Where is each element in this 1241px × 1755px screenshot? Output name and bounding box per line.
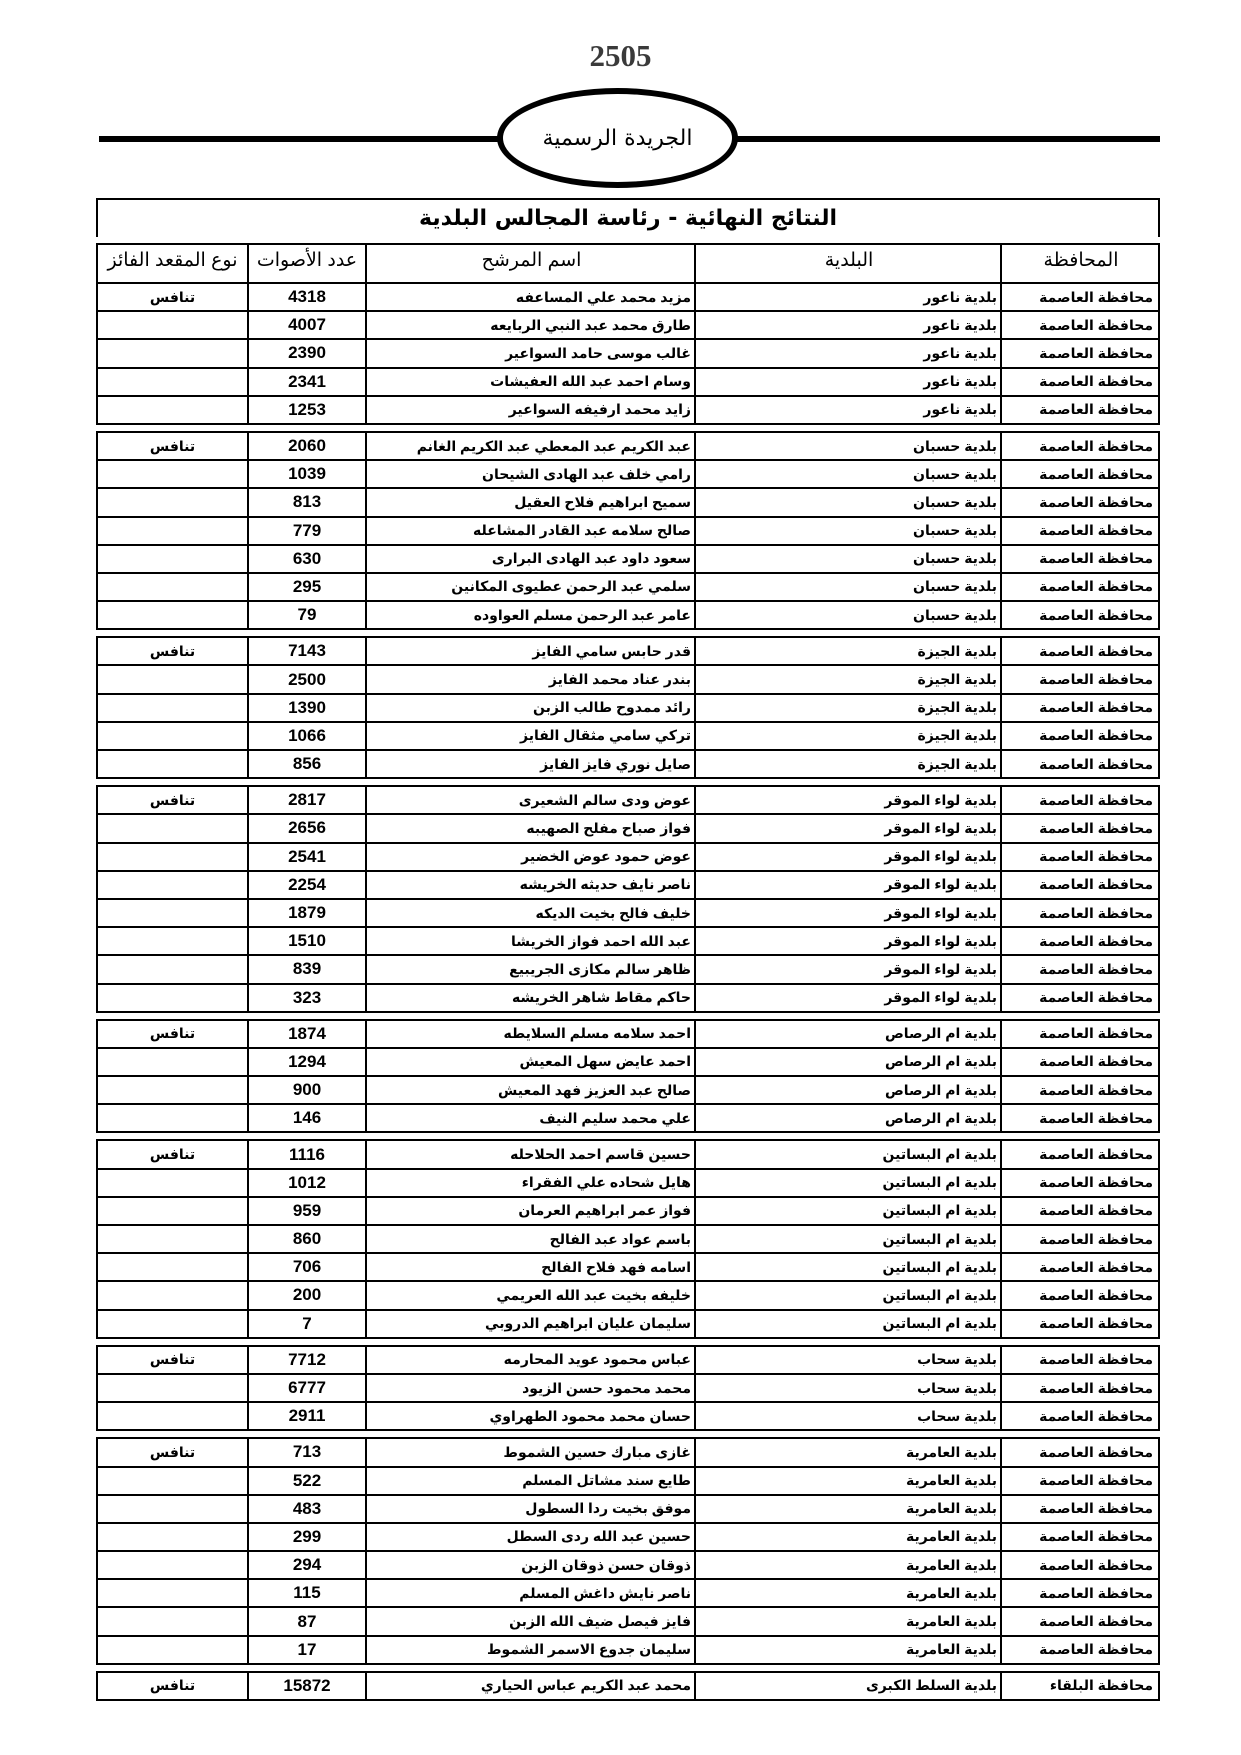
candidate-name-cell: غازى مبارك حسين الشموط xyxy=(365,1437,694,1465)
table-row: تنافس15872محمد عبد الكريم عباس الحياريبل… xyxy=(96,1671,1160,1699)
candidate-name-cell: وسام احمد عبد الله العفيشات xyxy=(365,367,694,395)
municipality-cell: بلدية ناعور xyxy=(694,338,1000,366)
votes-cell: 2656 xyxy=(247,813,365,841)
table-row: 295سلمي عبد الرحمن عطيوى المكانينبلدية ح… xyxy=(96,572,1160,600)
governorate-cell: محافظة العاصمة xyxy=(1000,1606,1160,1634)
seat-type-cell xyxy=(96,870,247,898)
seat-type-cell xyxy=(96,1522,247,1550)
municipality-cell: بلدية حسبان xyxy=(694,431,1000,459)
candidate-name-cell: خليفه بخيت عبد الله العريمي xyxy=(365,1280,694,1308)
header-governorate: المحافظة xyxy=(1000,243,1160,282)
candidate-name-cell: طايع سند مشاتل المسلم xyxy=(365,1466,694,1494)
table-row: تنافس1116حسين قاسم احمد الحلاحلهبلدية ام… xyxy=(96,1139,1160,1167)
table-row: 1879خليف فالح بخيت الديكهبلدية لواء المو… xyxy=(96,898,1160,926)
seat-type-cell: تنافس xyxy=(96,1437,247,1465)
municipality-cell: بلدية العامرية xyxy=(694,1606,1000,1634)
municipality-cell: بلدية ناعور xyxy=(694,310,1000,338)
seat-type-cell xyxy=(96,749,247,777)
votes-cell: 17 xyxy=(247,1635,365,1663)
candidate-name-cell: عوض ودى سالم الشعيرى xyxy=(365,785,694,813)
municipality-cell: بلدية العامرية xyxy=(694,1494,1000,1522)
seat-type-cell xyxy=(96,842,247,870)
candidate-name-cell: فايز فيصل ضيف الله الزبن xyxy=(365,1606,694,1634)
votes-cell: 79 xyxy=(247,600,365,628)
votes-cell: 630 xyxy=(247,544,365,572)
table-row: 4007طارق محمد عبد النبي الربايعهبلدية نا… xyxy=(96,310,1160,338)
table-row: 1510عبد الله احمد فواز الخريشابلدية لواء… xyxy=(96,926,1160,954)
governorate-cell: محافظة العاصمة xyxy=(1000,1373,1160,1401)
candidate-name-cell: مزيد محمد علي المساعفه xyxy=(365,282,694,310)
table-row: 323حاكم مقاط شاهر الخريشهبلدية لواء المو… xyxy=(96,983,1160,1011)
governorate-cell: محافظة العاصمة xyxy=(1000,1522,1160,1550)
votes-cell: 959 xyxy=(247,1196,365,1224)
seat-type-cell xyxy=(96,1196,247,1224)
municipality-cell: بلدية لواء الموقر xyxy=(694,870,1000,898)
governorate-cell: محافظة العاصمة xyxy=(1000,983,1160,1011)
candidate-name-cell: عباس محمود عويد المحارمه xyxy=(365,1345,694,1373)
votes-cell: 115 xyxy=(247,1578,365,1606)
governorate-cell: محافظة العاصمة xyxy=(1000,785,1160,813)
votes-cell: 839 xyxy=(247,954,365,982)
governorate-cell: محافظة العاصمة xyxy=(1000,572,1160,600)
municipality-cell: بلدية ام البساتين xyxy=(694,1252,1000,1280)
governorate-cell: محافظة العاصمة xyxy=(1000,310,1160,338)
table-row: 2500بندر عناد محمد الفايزبلدية الجيزةمحا… xyxy=(96,664,1160,692)
seat-type-cell xyxy=(96,487,247,515)
votes-cell: 7143 xyxy=(247,636,365,664)
votes-cell: 323 xyxy=(247,983,365,1011)
table-row: 856صايل نوري فايز الفايزبلدية الجيزةمحاف… xyxy=(96,749,1160,777)
candidate-name-cell: سميح ابراهيم فلاح العقيل xyxy=(365,487,694,515)
municipality-group: تنافس2817عوض ودى سالم الشعيرىبلدية لواء … xyxy=(96,785,1160,1013)
table-header: نوع المقعد الفائز عدد الأصوات اسم المرشح… xyxy=(96,243,1160,282)
table-row: 2656فواز صباح مفلح الصهيبهبلدية لواء الم… xyxy=(96,813,1160,841)
candidate-name-cell: قدر حابس سامي الفايز xyxy=(365,636,694,664)
municipality-cell: بلدية العامرية xyxy=(694,1522,1000,1550)
municipality-cell: بلدية لواء الموقر xyxy=(694,842,1000,870)
votes-cell: 2060 xyxy=(247,431,365,459)
seat-type-cell xyxy=(96,1252,247,1280)
seat-type-cell: تنافس xyxy=(96,431,247,459)
governorate-cell: محافظة العاصمة xyxy=(1000,600,1160,628)
candidate-name-cell: صالح عبد العزيز فهد المعيش xyxy=(365,1075,694,1103)
votes-cell: 1066 xyxy=(247,721,365,749)
candidate-name-cell: ظاهر سالم مكازى الجريبيع xyxy=(365,954,694,982)
table-row: 7سليمان عليان ابراهيم الدروبيبلدية ام ال… xyxy=(96,1309,1160,1337)
candidate-name-cell: محمد محمود حسن الزيود xyxy=(365,1373,694,1401)
votes-cell: 779 xyxy=(247,516,365,544)
table-row: 17سليمان جدوع الاسمر الشموطبلدية العامري… xyxy=(96,1635,1160,1663)
municipality-cell: بلدية السلط الكبرى xyxy=(694,1671,1000,1699)
candidate-name-cell: عبد الكريم عبد المعطي عبد الكريم الغانم xyxy=(365,431,694,459)
votes-cell: 146 xyxy=(247,1103,365,1131)
votes-cell: 522 xyxy=(247,1466,365,1494)
votes-cell: 2254 xyxy=(247,870,365,898)
candidate-name-cell: علي محمد سليم النيف xyxy=(365,1103,694,1131)
candidate-name-cell: سعود داود عبد الهادى البرارى xyxy=(365,544,694,572)
table-row: 2541عوض حمود عوض الخضيربلدية لواء الموقر… xyxy=(96,842,1160,870)
masthead-title: الجريدة الرسمية xyxy=(543,126,693,151)
municipality-group: تنافس2060عبد الكريم عبد المعطي عبد الكري… xyxy=(96,431,1160,630)
candidate-name-cell: سليمان عليان ابراهيم الدروبي xyxy=(365,1309,694,1337)
seat-type-cell xyxy=(96,1606,247,1634)
municipality-cell: بلدية حسبان xyxy=(694,600,1000,628)
table-row: 1039رامي خلف عبد الهادى الشيحانبلدية حسب… xyxy=(96,459,1160,487)
municipality-cell: بلدية حسبان xyxy=(694,544,1000,572)
candidate-name-cell: حسان محمد محمود الطهراوي xyxy=(365,1401,694,1429)
governorate-cell: محافظة العاصمة xyxy=(1000,1635,1160,1663)
governorate-cell: محافظة العاصمة xyxy=(1000,516,1160,544)
governorate-cell: محافظة العاصمة xyxy=(1000,1224,1160,1252)
governorate-cell: محافظة العاصمة xyxy=(1000,282,1160,310)
votes-cell: 2817 xyxy=(247,785,365,813)
table-row: 6777محمد محمود حسن الزيودبلدية سحابمحافظ… xyxy=(96,1373,1160,1401)
municipality-cell: بلدية ام الرصاص xyxy=(694,1075,1000,1103)
governorate-cell: محافظة العاصمة xyxy=(1000,926,1160,954)
table-row: 630سعود داود عبد الهادى البرارىبلدية حسب… xyxy=(96,544,1160,572)
seat-type-cell xyxy=(96,813,247,841)
table-row: 87فايز فيصل ضيف الله الزبنبلدية العامرية… xyxy=(96,1606,1160,1634)
votes-cell: 1253 xyxy=(247,395,365,423)
municipality-cell: بلدية ام البساتين xyxy=(694,1168,1000,1196)
governorate-cell: محافظة العاصمة xyxy=(1000,1494,1160,1522)
municipality-group: تنافس7712عباس محمود عويد المحارمهبلدية س… xyxy=(96,1345,1160,1432)
governorate-cell: محافظة العاصمة xyxy=(1000,842,1160,870)
municipality-cell: بلدية لواء الموقر xyxy=(694,926,1000,954)
candidate-name-cell: حاكم مقاط شاهر الخريشه xyxy=(365,983,694,1011)
votes-cell: 200 xyxy=(247,1280,365,1308)
municipality-cell: بلدية ام الرصاص xyxy=(694,1019,1000,1047)
municipality-cell: بلدية العامرية xyxy=(694,1578,1000,1606)
table-row: 959فواز عمر ابراهيم العرمانبلدية ام البس… xyxy=(96,1196,1160,1224)
results-groups: تنافس4318مزيد محمد علي المساعفهبلدية ناع… xyxy=(96,282,1160,1701)
table-row: 2254ناصر نايف حديثه الخريشهبلدية لواء ال… xyxy=(96,870,1160,898)
header-votes: عدد الأصوات xyxy=(247,243,365,282)
governorate-cell: محافظة العاصمة xyxy=(1000,1550,1160,1578)
table-row: 522طايع سند مشاتل المسلمبلدية العامريةمح… xyxy=(96,1466,1160,1494)
governorate-cell: محافظة العاصمة xyxy=(1000,954,1160,982)
table-row: 900صالح عبد العزيز فهد المعيشبلدية ام ال… xyxy=(96,1075,1160,1103)
governorate-cell: محافظة العاصمة xyxy=(1000,1139,1160,1167)
table-row: 483موفق بخيت ردا السطولبلدية العامريةمحا… xyxy=(96,1494,1160,1522)
table-row: 115ناصر نايش داغش المسلمبلدية العامريةمح… xyxy=(96,1578,1160,1606)
governorate-cell: محافظة العاصمة xyxy=(1000,487,1160,515)
candidate-name-cell: رامي خلف عبد الهادى الشيحان xyxy=(365,459,694,487)
governorate-cell: محافظة العاصمة xyxy=(1000,431,1160,459)
municipality-cell: بلدية ام الرصاص xyxy=(694,1103,1000,1131)
municipality-cell: بلدية الجيزة xyxy=(694,636,1000,664)
seat-type-cell xyxy=(96,693,247,721)
candidate-name-cell: اسامه فهد فلاح الفالح xyxy=(365,1252,694,1280)
candidate-name-cell: فواز صباح مفلح الصهيبه xyxy=(365,813,694,841)
candidate-name-cell: سلمي عبد الرحمن عطيوى المكانين xyxy=(365,572,694,600)
candidate-name-cell: ذوقان حسن ذوقان الزبن xyxy=(365,1550,694,1578)
governorate-cell: محافظة العاصمة xyxy=(1000,898,1160,926)
seat-type-cell xyxy=(96,310,247,338)
seat-type-cell xyxy=(96,926,247,954)
votes-cell: 2911 xyxy=(247,1401,365,1429)
candidate-name-cell: زايد محمد ارفيفه السواعير xyxy=(365,395,694,423)
governorate-cell: محافظة العاصمة xyxy=(1000,544,1160,572)
candidate-name-cell: فواز عمر ابراهيم العرمان xyxy=(365,1196,694,1224)
governorate-cell: محافظة العاصمة xyxy=(1000,870,1160,898)
masthead-rule-left xyxy=(99,136,501,142)
municipality-group: تنافس713غازى مبارك حسين الشموطبلدية العا… xyxy=(96,1437,1160,1665)
governorate-cell: محافظة العاصمة xyxy=(1000,1401,1160,1429)
table-row: 1294احمد عايض سهل المعيشبلدية ام الرصاصم… xyxy=(96,1047,1160,1075)
table-row: 779صالح سلامه عبد القادر المشاعلهبلدية ح… xyxy=(96,516,1160,544)
municipality-cell: بلدية الجيزة xyxy=(694,693,1000,721)
governorate-cell: محافظة العاصمة xyxy=(1000,338,1160,366)
candidate-name-cell: صالح سلامه عبد القادر المشاعله xyxy=(365,516,694,544)
votes-cell: 483 xyxy=(247,1494,365,1522)
governorate-cell: محافظة العاصمة xyxy=(1000,749,1160,777)
votes-cell: 295 xyxy=(247,572,365,600)
votes-cell: 1510 xyxy=(247,926,365,954)
candidate-name-cell: رائد ممدوح طالب الزبن xyxy=(365,693,694,721)
municipality-cell: بلدية ام البساتين xyxy=(694,1309,1000,1337)
governorate-cell: محافظة البلقاء xyxy=(1000,1671,1160,1699)
table-row: تنافس4318مزيد محمد علي المساعفهبلدية ناع… xyxy=(96,282,1160,310)
seat-type-cell: تنافس xyxy=(96,785,247,813)
seat-type-cell xyxy=(96,1280,247,1308)
table-row: 1253زايد محمد ارفيفه السواعيربلدية ناعور… xyxy=(96,395,1160,423)
governorate-cell: محافظة العاصمة xyxy=(1000,1345,1160,1373)
governorate-cell: محافظة العاصمة xyxy=(1000,1280,1160,1308)
votes-cell: 1116 xyxy=(247,1139,365,1167)
votes-cell: 706 xyxy=(247,1252,365,1280)
seat-type-cell xyxy=(96,954,247,982)
votes-cell: 7 xyxy=(247,1309,365,1337)
seat-type-cell: تنافس xyxy=(96,636,247,664)
votes-cell: 1879 xyxy=(247,898,365,926)
table-row: 839ظاهر سالم مكازى الجريبيعبلدية لواء ال… xyxy=(96,954,1160,982)
table-row: 860باسم عواد عبد الفالحبلدية ام البساتين… xyxy=(96,1224,1160,1252)
votes-cell: 4318 xyxy=(247,282,365,310)
votes-cell: 4007 xyxy=(247,310,365,338)
table-row: 200خليفه بخيت عبد الله العريميبلدية ام ا… xyxy=(96,1280,1160,1308)
seat-type-cell xyxy=(96,1075,247,1103)
table-row: تنافس7712عباس محمود عويد المحارمهبلدية س… xyxy=(96,1345,1160,1373)
seat-type-cell xyxy=(96,721,247,749)
seat-type-cell xyxy=(96,1047,247,1075)
candidate-name-cell: حسين عبد الله ردى السطل xyxy=(365,1522,694,1550)
governorate-cell: محافظة العاصمة xyxy=(1000,813,1160,841)
governorate-cell: محافظة العاصمة xyxy=(1000,395,1160,423)
candidate-name-cell: ناصر نايش داغش المسلم xyxy=(365,1578,694,1606)
governorate-cell: محافظة العاصمة xyxy=(1000,1168,1160,1196)
header-row: نوع المقعد الفائز عدد الأصوات اسم المرشح… xyxy=(96,243,1160,282)
votes-cell: 813 xyxy=(247,487,365,515)
governorate-cell: محافظة العاصمة xyxy=(1000,1103,1160,1131)
page-number: 2505 xyxy=(0,38,1241,74)
seat-type-cell xyxy=(96,1550,247,1578)
table-row: 813سميح ابراهيم فلاح العقيلبلدية حسبانمح… xyxy=(96,487,1160,515)
governorate-cell: محافظة العاصمة xyxy=(1000,1578,1160,1606)
municipality-cell: بلدية حسبان xyxy=(694,516,1000,544)
seat-type-cell xyxy=(96,544,247,572)
votes-cell: 1039 xyxy=(247,459,365,487)
table-row: تنافس7143قدر حابس سامي الفايزبلدية الجيز… xyxy=(96,636,1160,664)
seat-type-cell xyxy=(96,1578,247,1606)
table-row: تنافس2817عوض ودى سالم الشعيرىبلدية لواء … xyxy=(96,785,1160,813)
table-row: 1012هايل شحاده علي الفقراءبلدية ام البسا… xyxy=(96,1168,1160,1196)
table-title: النتائج النهائية - رئاسة المجالس البلدية xyxy=(96,198,1160,237)
seat-type-cell xyxy=(96,1401,247,1429)
table-row: 79عامر عبد الرحمن مسلم العواودهبلدية حسب… xyxy=(96,600,1160,628)
candidate-name-cell: صايل نوري فايز الفايز xyxy=(365,749,694,777)
governorate-cell: محافظة العاصمة xyxy=(1000,459,1160,487)
candidate-name-cell: طارق محمد عبد النبي الربايعه xyxy=(365,310,694,338)
municipality-cell: بلدية ناعور xyxy=(694,367,1000,395)
votes-cell: 1390 xyxy=(247,693,365,721)
governorate-cell: محافظة العاصمة xyxy=(1000,1309,1160,1337)
votes-cell: 294 xyxy=(247,1550,365,1578)
seat-type-cell xyxy=(96,1466,247,1494)
municipality-cell: بلدية الجيزة xyxy=(694,749,1000,777)
candidate-name-cell: خليف فالح بخيت الديكه xyxy=(365,898,694,926)
table-row: 2341وسام احمد عبد الله العفيشاتبلدية ناع… xyxy=(96,367,1160,395)
seat-type-cell xyxy=(96,1224,247,1252)
municipality-cell: بلدية العامرية xyxy=(694,1550,1000,1578)
municipality-cell: بلدية حسبان xyxy=(694,459,1000,487)
governorate-cell: محافظة العاصمة xyxy=(1000,1252,1160,1280)
results-table: النتائج النهائية - رئاسة المجالس البلدية… xyxy=(96,198,1160,1701)
municipality-cell: بلدية ام البساتين xyxy=(694,1196,1000,1224)
seat-type-cell xyxy=(96,367,247,395)
seat-type-cell xyxy=(96,1168,247,1196)
seat-type-cell: تنافس xyxy=(96,1019,247,1047)
municipality-cell: بلدية لواء الموقر xyxy=(694,983,1000,1011)
governorate-cell: محافظة العاصمة xyxy=(1000,636,1160,664)
municipality-cell: بلدية الجيزة xyxy=(694,664,1000,692)
votes-cell: 900 xyxy=(247,1075,365,1103)
municipality-cell: بلدية ام البساتين xyxy=(694,1139,1000,1167)
votes-cell: 2341 xyxy=(247,367,365,395)
table-row: 1390رائد ممدوح طالب الزبنبلدية الجيزةمحا… xyxy=(96,693,1160,721)
table-row: 706اسامه فهد فلاح الفالحبلدية ام البساتي… xyxy=(96,1252,1160,1280)
municipality-group: تنافس7143قدر حابس سامي الفايزبلدية الجيز… xyxy=(96,636,1160,779)
candidate-name-cell: موفق بخيت ردا السطول xyxy=(365,1494,694,1522)
municipality-group: تنافس15872محمد عبد الكريم عباس الحياريبل… xyxy=(96,1671,1160,1701)
municipality-cell: بلدية الجيزة xyxy=(694,721,1000,749)
votes-cell: 1012 xyxy=(247,1168,365,1196)
municipality-cell: بلدية لواء الموقر xyxy=(694,813,1000,841)
header-candidate: اسم المرشح xyxy=(365,243,694,282)
municipality-cell: بلدية لواء الموقر xyxy=(694,785,1000,813)
table-row: 294ذوقان حسن ذوقان الزبنبلدية العامريةمح… xyxy=(96,1550,1160,1578)
municipality-cell: بلدية ام الرصاص xyxy=(694,1047,1000,1075)
municipality-cell: بلدية العامرية xyxy=(694,1437,1000,1465)
governorate-cell: محافظة العاصمة xyxy=(1000,1466,1160,1494)
municipality-cell: بلدية ناعور xyxy=(694,395,1000,423)
votes-cell: 1874 xyxy=(247,1019,365,1047)
seat-type-cell xyxy=(96,459,247,487)
votes-cell: 856 xyxy=(247,749,365,777)
municipality-group: تنافس1874احمد سلامه مسلم السلايطهبلدية ا… xyxy=(96,1019,1160,1134)
candidate-name-cell: عبد الله احمد فواز الخريشا xyxy=(365,926,694,954)
candidate-name-cell: ناصر نايف حديثه الخريشه xyxy=(365,870,694,898)
candidate-name-cell: بندر عناد محمد الفايز xyxy=(365,664,694,692)
seat-type-cell xyxy=(96,572,247,600)
table-row: 299حسين عبد الله ردى السطلبلدية العامرية… xyxy=(96,1522,1160,1550)
votes-cell: 860 xyxy=(247,1224,365,1252)
votes-cell: 2500 xyxy=(247,664,365,692)
candidate-name-cell: عامر عبد الرحمن مسلم العواوده xyxy=(365,600,694,628)
seat-type-cell xyxy=(96,1309,247,1337)
header-seat-type: نوع المقعد الفائز xyxy=(96,243,247,282)
seat-type-cell xyxy=(96,1103,247,1131)
table-row: 2390غالب موسى حامد السواعيربلدية ناعورمح… xyxy=(96,338,1160,366)
municipality-cell: بلدية حسبان xyxy=(694,487,1000,515)
masthead-ellipse: الجريدة الرسمية xyxy=(497,88,738,188)
votes-cell: 2541 xyxy=(247,842,365,870)
governorate-cell: محافظة العاصمة xyxy=(1000,1437,1160,1465)
seat-type-cell xyxy=(96,338,247,366)
votes-cell: 713 xyxy=(247,1437,365,1465)
candidate-name-cell: احمد عايض سهل المعيش xyxy=(365,1047,694,1075)
governorate-cell: محافظة العاصمة xyxy=(1000,1019,1160,1047)
candidate-name-cell: عوض حمود عوض الخضير xyxy=(365,842,694,870)
seat-type-cell: تنافس xyxy=(96,1671,247,1699)
governorate-cell: محافظة العاصمة xyxy=(1000,721,1160,749)
seat-type-cell xyxy=(96,983,247,1011)
candidate-name-cell: غالب موسى حامد السواعير xyxy=(365,338,694,366)
candidate-name-cell: حسين قاسم احمد الحلاحله xyxy=(365,1139,694,1167)
municipality-cell: بلدية لواء الموقر xyxy=(694,898,1000,926)
municipality-cell: بلدية ناعور xyxy=(694,282,1000,310)
seat-type-cell xyxy=(96,600,247,628)
votes-cell: 7712 xyxy=(247,1345,365,1373)
governorate-cell: محافظة العاصمة xyxy=(1000,1047,1160,1075)
municipality-cell: بلدية ام البساتين xyxy=(694,1280,1000,1308)
seat-type-cell: تنافس xyxy=(96,1345,247,1373)
municipality-cell: بلدية لواء الموقر xyxy=(694,954,1000,982)
seat-type-cell xyxy=(96,395,247,423)
candidate-name-cell: سليمان جدوع الاسمر الشموط xyxy=(365,1635,694,1663)
table-row: 1066تركي سامي مثقال الفايزبلدية الجيزةمح… xyxy=(96,721,1160,749)
governorate-cell: محافظة العاصمة xyxy=(1000,664,1160,692)
seat-type-cell: تنافس xyxy=(96,1139,247,1167)
candidate-name-cell: محمد عبد الكريم عباس الحياري xyxy=(365,1671,694,1699)
seat-type-cell xyxy=(96,1494,247,1522)
municipality-group: تنافس1116حسين قاسم احمد الحلاحلهبلدية ام… xyxy=(96,1139,1160,1338)
seat-type-cell xyxy=(96,664,247,692)
municipality-cell: بلدية سحاب xyxy=(694,1345,1000,1373)
candidate-name-cell: تركي سامي مثقال الفايز xyxy=(365,721,694,749)
candidate-name-cell: باسم عواد عبد الفالح xyxy=(365,1224,694,1252)
governorate-cell: محافظة العاصمة xyxy=(1000,693,1160,721)
seat-type-cell xyxy=(96,516,247,544)
municipality-group: تنافس4318مزيد محمد علي المساعفهبلدية ناع… xyxy=(96,282,1160,425)
table-row: 2911حسان محمد محمود الطهراويبلدية سحابمح… xyxy=(96,1401,1160,1429)
header-municipality: البلدية xyxy=(694,243,1000,282)
municipality-cell: بلدية ام البساتين xyxy=(694,1224,1000,1252)
votes-cell: 2390 xyxy=(247,338,365,366)
governorate-cell: محافظة العاصمة xyxy=(1000,1075,1160,1103)
municipality-cell: بلدية سحاب xyxy=(694,1373,1000,1401)
seat-type-cell: تنافس xyxy=(96,282,247,310)
seat-type-cell xyxy=(96,1635,247,1663)
candidate-name-cell: احمد سلامه مسلم السلايطه xyxy=(365,1019,694,1047)
municipality-cell: بلدية حسبان xyxy=(694,572,1000,600)
votes-cell: 299 xyxy=(247,1522,365,1550)
votes-cell: 6777 xyxy=(247,1373,365,1401)
table-row: تنافس2060عبد الكريم عبد المعطي عبد الكري… xyxy=(96,431,1160,459)
municipality-cell: بلدية سحاب xyxy=(694,1401,1000,1429)
masthead-rule-right xyxy=(734,136,1160,142)
candidate-name-cell: هايل شحاده علي الفقراء xyxy=(365,1168,694,1196)
